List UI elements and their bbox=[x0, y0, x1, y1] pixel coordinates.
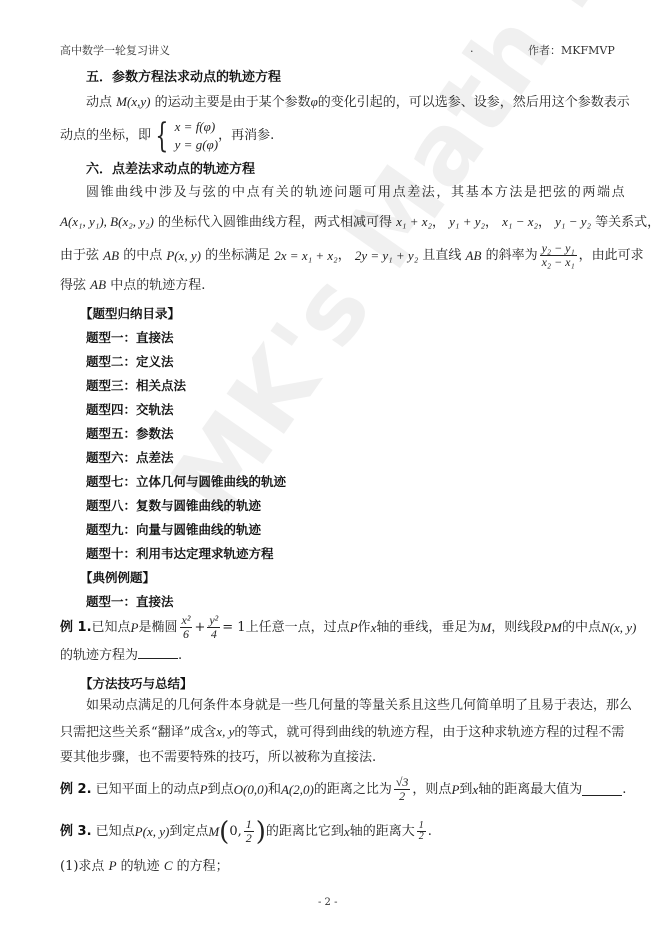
text: ，再消参. bbox=[218, 126, 274, 146]
right-paren: ) bbox=[256, 822, 266, 842]
left-paren: ( bbox=[219, 822, 229, 842]
text: 和 bbox=[268, 780, 281, 800]
text: 已知点 bbox=[92, 618, 131, 638]
text: 到定点 bbox=[169, 822, 208, 842]
header-author: 作者：MKFMVP bbox=[528, 42, 615, 58]
text: 等关系式， bbox=[595, 215, 660, 230]
text: 只需把这些关系“翻译”成含 bbox=[60, 725, 216, 740]
text: 到点 bbox=[208, 780, 234, 800]
fraction-numerator: √3 bbox=[394, 776, 411, 790]
text: 且直线 bbox=[422, 246, 461, 266]
text: 的中点 bbox=[562, 618, 601, 638]
fraction-y2-4: y²4 bbox=[207, 614, 220, 641]
section-6-line-1: 圆锥曲线中涉及与弦的中点有关的轨迹问题可用点差法，其基本方法是把弦的两端点 bbox=[86, 183, 626, 203]
toc-item-10: 题型十：利用韦达定理求轨迹方程 bbox=[86, 544, 274, 562]
answer-blank[interactable] bbox=[582, 783, 622, 796]
fraction-numerator: x² bbox=[180, 614, 193, 628]
math-o: O(0,0) bbox=[234, 780, 268, 800]
math-ab: AB bbox=[90, 277, 106, 292]
summary-line-1: 如果动点满足的几何条件本身就是一些几何量的等量关系且这些几何简单明了且易于表达，… bbox=[86, 696, 632, 716]
text: 上任意一点，过点 bbox=[246, 618, 350, 638]
math-p: P bbox=[200, 780, 208, 800]
example-2: 例 2. 已知平面上的动点 P 到点 O(0,0) 和 A(2,0) 的距离之比… bbox=[60, 776, 626, 803]
text: 作 bbox=[358, 618, 371, 638]
section-5-line-1: 动点 M(x,y) 的运动主要是由于某个参数φ的变化引起的，可以选参、设参，然后… bbox=[86, 92, 630, 113]
equation-x: x = f(φ) bbox=[175, 118, 218, 136]
text: 的中点 bbox=[123, 246, 162, 266]
example-3-question-1: (1)求点 P 的轨迹 C 的方程； bbox=[60, 856, 229, 877]
fraction-denominator: 2 bbox=[397, 790, 407, 803]
text: 动点的坐标，即 bbox=[60, 126, 151, 146]
section-5-title: 五．参数方程法求动点的轨迹方程 bbox=[86, 66, 281, 85]
text: 动点 bbox=[86, 95, 112, 110]
text: 的方程； bbox=[177, 859, 229, 874]
fraction-1-2-small: 12 bbox=[417, 821, 426, 842]
text: 的运动主要是由于某个参数 bbox=[155, 95, 311, 110]
toc-item-6: 题型六：点差法 bbox=[86, 448, 174, 466]
text: 轴的距离最大值为 bbox=[478, 780, 582, 800]
example-label: 例 1. bbox=[60, 618, 92, 638]
toc-item-4: 题型四：交轨法 bbox=[86, 400, 174, 418]
toc-item-7: 题型七：立体几何与圆锥曲线的轨迹 bbox=[86, 472, 286, 490]
plus-sign: + bbox=[194, 618, 205, 638]
text: 已知点 bbox=[96, 822, 135, 842]
math-n: N(x, y) bbox=[601, 618, 636, 638]
equation-system: { x = f(φ) y = g(φ) bbox=[151, 118, 218, 154]
text: 的轨迹方程为 bbox=[60, 648, 138, 663]
text: 已知平面上的动点 bbox=[96, 780, 200, 800]
brace-icon: { bbox=[155, 119, 168, 153]
toc-item-3: 题型三：相关点法 bbox=[86, 376, 186, 394]
math-expr: x₁ + x₂ bbox=[396, 214, 432, 229]
text: . bbox=[428, 822, 432, 842]
text: 轴的垂线，垂足为 bbox=[376, 618, 480, 638]
example-1-line-2: 的轨迹方程为. bbox=[60, 646, 182, 666]
math-ab: AB bbox=[103, 246, 119, 266]
fraction-denominator: 4 bbox=[209, 628, 219, 641]
summary-line-3: 要其他步骤，也不需要特殊的技巧，所以被称为直接法. bbox=[60, 748, 376, 768]
text: . bbox=[622, 780, 626, 800]
math-phi: φ bbox=[311, 94, 318, 109]
slope-fraction: y₂ − y₁ x₂ − x₁ bbox=[540, 242, 577, 269]
equation-y: y = g(φ) bbox=[175, 136, 218, 154]
fraction-numerator: y² bbox=[207, 614, 220, 628]
text: 的距离比它到 bbox=[266, 822, 344, 842]
math-p: P bbox=[451, 780, 459, 800]
fraction-denominator: 6 bbox=[181, 628, 191, 641]
math-p: P bbox=[131, 618, 139, 638]
math-ab: AB bbox=[466, 246, 482, 266]
text: 的距离之比为 bbox=[314, 780, 392, 800]
math-expr: x₁ − x₂ bbox=[502, 214, 538, 229]
text: 得弦 bbox=[60, 278, 86, 293]
text: ，则线段 bbox=[491, 618, 543, 638]
fraction-1-2: 12 bbox=[244, 818, 254, 845]
text: 的变化引起的，可以选参、设参，然后用这个参数表示 bbox=[318, 95, 630, 110]
toc-item-1: 题型一：直接法 bbox=[86, 328, 174, 346]
text: 的斜率为 bbox=[486, 246, 538, 266]
summary-title: 【方法技巧与总结】 bbox=[80, 674, 193, 692]
coord-x: 0, bbox=[229, 822, 241, 842]
fraction-numerator: 1 bbox=[244, 818, 254, 832]
math-c: C bbox=[164, 858, 173, 873]
text: 到 bbox=[459, 780, 472, 800]
text: ，由此可求 bbox=[579, 246, 644, 266]
text: 轴的距离大 bbox=[350, 822, 415, 842]
example-label: 例 2. bbox=[60, 780, 92, 800]
fraction-denominator: x₂ − x₁ bbox=[540, 256, 577, 269]
math-p: P bbox=[109, 858, 117, 873]
text: . bbox=[178, 648, 182, 663]
text: 的轨迹 bbox=[121, 859, 160, 874]
answer-blank[interactable] bbox=[138, 646, 178, 659]
text: 的坐标代入圆锥曲线方程，两式相减可得 bbox=[158, 215, 392, 230]
math-p: P(x, y) bbox=[166, 246, 201, 266]
section-6-line-2: A(x₁, y₁), B(x₂, y₂) 的坐标代入圆锥曲线方程，两式相减可得 … bbox=[60, 212, 660, 233]
equals: = 1 bbox=[222, 618, 245, 638]
math-expr: 2x = x₁ + x₂ bbox=[274, 246, 337, 266]
math-m: M(x,y) bbox=[116, 94, 150, 109]
math-p: P bbox=[350, 618, 358, 638]
example-3: 例 3. 已知点 P(x, y) 到定点 M ( 0, 12 ) 的距离比它到 … bbox=[60, 818, 432, 845]
text: ，则点 bbox=[412, 780, 451, 800]
math-m: M bbox=[480, 618, 491, 638]
math-pm: PM bbox=[543, 618, 562, 638]
fraction-denominator: 2 bbox=[417, 832, 426, 842]
toc-item-5: 题型五：参数法 bbox=[86, 424, 174, 442]
toc-item-2: 题型二：定义法 bbox=[86, 352, 174, 370]
math-points: A(x₁, y₁), B(x₂, y₂) bbox=[60, 214, 154, 229]
toc-item-9: 题型九：向量与圆锥曲线的轨迹 bbox=[86, 520, 261, 538]
text: 中点的轨迹方程. bbox=[110, 278, 205, 293]
math-a: A(2,0) bbox=[281, 780, 314, 800]
math-m: M bbox=[208, 822, 219, 842]
math-expr: y₁ − y₂ bbox=[555, 214, 591, 229]
text: 的等式，就可得到曲线的轨迹方程，由于这种求轨迹方程的过程不需 bbox=[234, 725, 624, 740]
fraction-sqrt3-2: √32 bbox=[394, 776, 411, 803]
math-xy: x, y bbox=[216, 724, 234, 739]
examples-title: 【典例例题】 bbox=[80, 568, 155, 586]
example-1: 例 1. 已知点 P 是椭圆 x²6 + y²4 = 1 上任意一点，过点 P … bbox=[60, 614, 636, 641]
text: 的坐标满足 bbox=[205, 246, 270, 266]
example-label: 例 3. bbox=[60, 822, 92, 842]
summary-line-2: 只需把这些关系“翻译”成含x, y的等式，就可得到曲线的轨迹方程，由于这种求轨迹… bbox=[60, 722, 624, 743]
text: (1)求点 bbox=[60, 859, 104, 874]
type-1-heading: 题型一：直接法 bbox=[86, 592, 174, 610]
math-expr: y₁ + y₂ bbox=[449, 214, 485, 229]
fraction-x2-6: x²6 bbox=[180, 614, 193, 641]
page-number: - 2 - bbox=[318, 897, 337, 908]
math-expr: 2y = y₁ + y₂ bbox=[355, 246, 418, 266]
header-mark: . bbox=[470, 42, 474, 55]
header-title: 高中数学一轮复习讲义 bbox=[60, 42, 170, 58]
text: 是椭圆 bbox=[138, 618, 177, 638]
text: 由于弦 bbox=[60, 246, 99, 266]
fraction-numerator: y₂ − y₁ bbox=[540, 242, 577, 256]
toc-item-8: 题型八：复数与圆锥曲线的轨迹 bbox=[86, 496, 261, 514]
toc-title: 【题型归纳目录】 bbox=[80, 304, 180, 322]
section-6-line-4: 得弦 AB 中点的轨迹方程. bbox=[60, 275, 205, 296]
section-5-line-2: 动点的坐标，即 { x = f(φ) y = g(φ) ，再消参. bbox=[60, 118, 274, 154]
section-6-title: 六．点差法求动点的轨迹方程 bbox=[86, 158, 255, 177]
math-p: P(x, y) bbox=[135, 822, 170, 842]
section-6-line-3: 由于弦 AB 的中点 P(x, y) 的坐标满足 2x = x₁ + x₂， 2… bbox=[60, 242, 644, 269]
fraction-denominator: 2 bbox=[244, 832, 254, 845]
